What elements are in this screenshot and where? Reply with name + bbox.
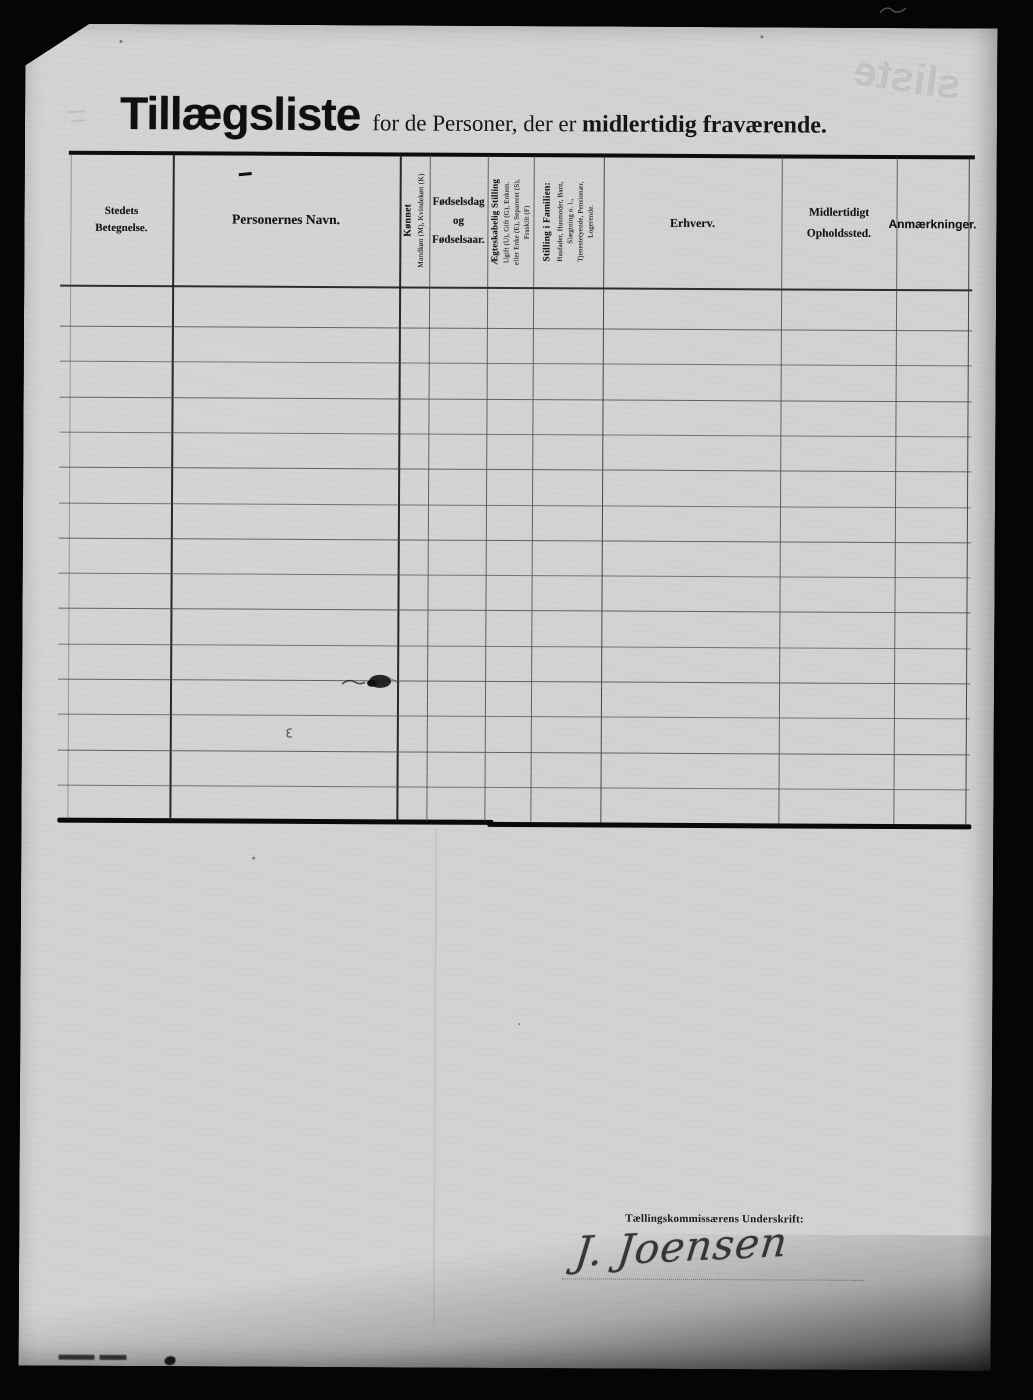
column-header-erhverv: Erhverv. <box>603 156 782 288</box>
header-line: Personernes Navn. <box>232 210 340 231</box>
paper-speck <box>252 857 255 860</box>
title-prefix: for de Personer, der er <box>372 110 576 136</box>
rotated-header-text: Stilling i Familien: Husfader, Husmoder,… <box>541 181 596 262</box>
stray-ink-mark <box>284 727 295 740</box>
row-line <box>59 432 971 438</box>
printer-mark-segment <box>100 1355 127 1360</box>
paper-crease <box>433 828 438 1328</box>
header-line: Stilling i Familien: <box>541 181 555 261</box>
header-line: Opholdssted. <box>807 223 871 244</box>
header-line: Mandkøn (M), Kvindekøn (K) <box>416 174 427 268</box>
printer-mark-segment <box>59 1355 95 1360</box>
ink-dot <box>164 1356 175 1365</box>
column-header-aegteskabelig-stilling: Ægteskabelig Stilling Ugift (U), Gift (G… <box>487 156 534 287</box>
column-header-midlertidigt-opholdssted: Midlertidigt Opholdssted. <box>781 157 897 289</box>
row-line <box>59 537 971 543</box>
column-header-koennet: Kønnet Mandkøn (M), Kvindekøn (K) <box>399 155 430 286</box>
ink-blot <box>340 669 404 697</box>
printer-mark <box>59 1355 127 1360</box>
paper-speck <box>518 1023 520 1025</box>
header-line: Anmærkninger. <box>888 214 976 232</box>
row-line <box>60 326 972 332</box>
signature-handwriting: J. Joensen <box>573 1218 791 1276</box>
header-line: Husfader, Husmoder, Barn, <box>555 182 566 262</box>
header-line: Ugift (U), Gift (G), Enkem. <box>502 178 513 264</box>
row-line <box>58 714 970 720</box>
column-header-personernes-navn: Personernes Navn. <box>172 154 400 286</box>
row-line <box>58 643 970 649</box>
showthrough-text: sliste <box>850 47 963 110</box>
header-line: eller Enke (E), Separeret (S), <box>512 179 523 265</box>
row-line <box>58 749 970 755</box>
column-header-stilling-i-familien: Stilling i Familien: Husfader, Husmoder,… <box>533 156 604 287</box>
census-form-page: sliste Tillægsliste for de Personer, der… <box>18 23 997 1370</box>
row-line <box>60 396 972 402</box>
row-line <box>60 361 972 367</box>
row-line <box>58 679 970 685</box>
margin-smudge <box>71 119 85 122</box>
scan-edge-squiggle <box>878 3 908 19</box>
scan-bottom-shadow <box>18 1230 991 1370</box>
page-title: Tillægsliste for de Personer, der er mid… <box>120 86 827 144</box>
ruled-rows <box>26 23 998 28</box>
scan-background: { "page": { "title_main": "Tillægsliste"… <box>0 0 1033 1400</box>
rotated-header-text: Ægteskabelig Stilling Ugift (U), Gift (G… <box>489 178 533 264</box>
header-line: Fødselsdag <box>433 193 485 212</box>
header-line: og <box>453 212 464 231</box>
margin-smudge <box>67 110 85 113</box>
header-line: Erhverv. <box>670 213 715 231</box>
header-line: Logerende. <box>585 182 596 262</box>
header-line: Stedets <box>105 203 139 220</box>
header-line: Ægteskabelig Stilling <box>489 178 502 264</box>
title-main: Tillægsliste <box>120 86 361 141</box>
row-line <box>58 785 970 791</box>
table-bottom-rule <box>487 822 971 830</box>
header-line: Slægtning o. l., <box>565 182 576 262</box>
column-header-anmaerkninger: Anmærkninger. <box>896 158 969 289</box>
column-header-stedets-betegnelse: Stedets Betegnelse. <box>70 154 173 286</box>
header-line: Midlertidigt <box>809 202 869 223</box>
row-line <box>58 608 970 614</box>
row-line <box>59 467 971 473</box>
header-line: Tjenestetyende, Pensionær, <box>575 182 586 262</box>
paper-speck <box>119 40 122 43</box>
header-line: Betegnelse. <box>95 219 147 236</box>
table-bottom-rule <box>57 818 493 825</box>
signature-line <box>562 1278 864 1281</box>
rotated-header-text: Kønnet Mandkøn (M), Kvindekøn (K) <box>402 174 428 268</box>
column-header-foedselsdag: Fødselsdag og Fødselsaar. <box>429 156 488 287</box>
paper-speck <box>760 35 763 38</box>
title-subtitle: for de Personer, der er midlertidig frav… <box>372 110 827 139</box>
title-emphasis: midlertidig fraværende. <box>582 111 827 138</box>
row-line <box>59 502 971 508</box>
header-line: Fraskilt (F) <box>522 179 533 265</box>
header-line: Fødselsaar. <box>432 230 485 249</box>
header-line: Kønnet <box>402 174 417 268</box>
row-line <box>59 573 971 579</box>
